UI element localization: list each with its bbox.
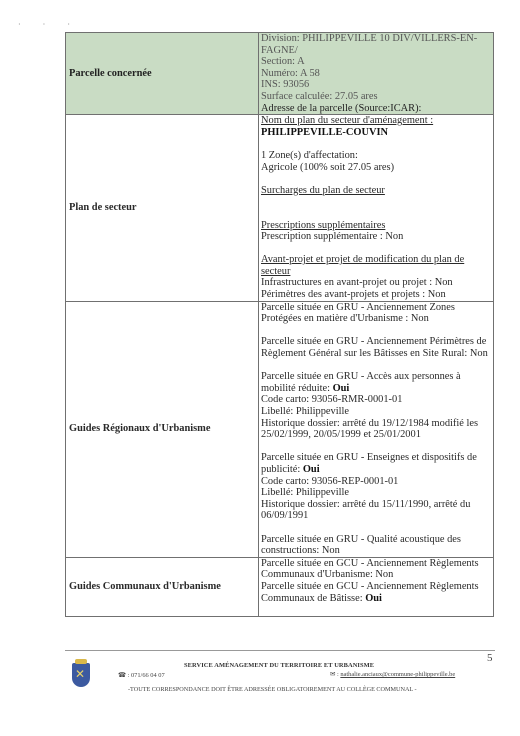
numero: Numéro: A 58 [261, 68, 491, 80]
surcharges-heading: Surcharges du plan de secteur [261, 185, 491, 197]
value-parcelle: Division: PHILIPPEVILLE 10 DIV/VILLERS-E… [259, 33, 494, 115]
email-icon: ✉ [330, 671, 335, 678]
gcu-urbanisme: Parcelle située en GCU - Anciennement Rè… [261, 558, 491, 581]
row-plan-secteur: Plan de secteur Nom du plan du secteur d… [66, 115, 494, 302]
perimetres: Périmètres des avant-projets et projets … [261, 289, 491, 301]
avant-projet-heading: Avant-projet et projet de modification d… [261, 254, 491, 277]
gcu-batisse-value: Oui [365, 593, 382, 604]
gru-zones-protegees: Parcelle située en GRU - Anciennement Zo… [261, 302, 491, 325]
row-parcelle: Parcelle concernée Division: PHILIPPEVIL… [66, 33, 494, 115]
prescriptions-value: Prescription supplémentaire : Non [261, 231, 491, 243]
service-title: SERVICE AMÉNAGEMENT DU TERRITOIRE ET URB… [184, 662, 374, 669]
label-gcu: Guides Communaux d'Urbanisme [66, 557, 259, 616]
gru-enseignes-text: Parcelle située en GRU - Enseignes et di… [261, 452, 477, 475]
surface: Surface calculée: 27.05 ares [261, 91, 491, 103]
ins-code: INS: 93056 [261, 79, 491, 91]
value-plan-secteur: Nom du plan du secteur d'aménagement : P… [259, 115, 494, 302]
gru-acoustique: Parcelle située en GRU - Qualité acousti… [261, 534, 491, 557]
label-plan-secteur: Plan de secteur [66, 115, 259, 302]
gru-pmr-text: Parcelle située en GRU - Accès aux perso… [261, 371, 461, 394]
section: Section: A [261, 56, 491, 68]
correspondence-notice: -TOUTE CORRESPONDANCE DOIT ÊTRE ADRESSÉE… [128, 686, 417, 693]
gru-enseignes: Parcelle située en GRU - Enseignes et di… [261, 452, 491, 475]
footer-divider [65, 650, 495, 651]
row-gcu: Guides Communaux d'Urbanisme Parcelle si… [66, 557, 494, 616]
nom-plan-value: PHILIPPEVILLE-COUVIN [261, 127, 491, 139]
phone-icon: ☎ [118, 672, 126, 679]
zones-count: 1 Zone(s) d'affectation: [261, 150, 491, 162]
infrastructures: Infrastructures en avant-projet ou proje… [261, 277, 491, 289]
label-gru: Guides Régionaux d'Urbanisme [66, 301, 259, 557]
division: Division: PHILIPPEVILLE 10 DIV/VILLERS-E… [261, 33, 491, 45]
label-parcelle: Parcelle concernée [66, 33, 259, 115]
gru-enseignes-code: Code carto: 93056-REP-0001-01 [261, 476, 491, 488]
email-link[interactable]: nathalie.anciaux@commune-philippeville.b… [340, 671, 455, 678]
gru-pmr-value: Oui [333, 383, 350, 394]
value-gru: Parcelle située en GRU - Anciennement Zo… [259, 301, 494, 557]
gru-pmr-code: Code carto: 93056-RMR-0001-01 [261, 394, 491, 406]
gru-pmr-historique: Historique dossier: arrêté du 19/12/1984… [261, 418, 491, 441]
gru-pmr: Parcelle située en GRU - Accès aux perso… [261, 371, 491, 394]
row-gru: Guides Régionaux d'Urbanisme Parcelle si… [66, 301, 494, 557]
gru-enseignes-value: Oui [303, 464, 320, 475]
value-gcu: Parcelle située en GCU - Anciennement Rè… [259, 557, 494, 616]
gru-pmr-libelle: Libellé: Philippeville [261, 406, 491, 418]
prescriptions-heading: Prescriptions supplémentaires [261, 220, 491, 232]
gru-enseignes-libelle: Libellé: Philippeville [261, 487, 491, 499]
phone-line: ☎ : 071/66 04 07 [118, 671, 165, 679]
commune-crest-icon [72, 663, 90, 687]
parcel-info-table: Parcelle concernée Division: PHILIPPEVIL… [65, 32, 494, 617]
phone-number: : 071/66 04 07 [128, 672, 165, 679]
scan-specks: · · · [18, 20, 80, 29]
email-line: ✉ : nathalie.anciaux@commune-philippevil… [330, 670, 455, 678]
nom-plan-heading: Nom du plan du secteur d'aménagement : [261, 115, 491, 127]
page-number: 5 [487, 652, 493, 664]
gcu-batisse: Parcelle située en GCU - Anciennement Rè… [261, 581, 491, 604]
zones-value: Agricole (100% soit 27.05 ares) [261, 162, 491, 174]
adresse: Adresse de la parcelle (Source:ICAR): [261, 103, 491, 115]
gru-enseignes-historique: Historique dossier: arrêté du 15/11/1990… [261, 499, 491, 522]
gru-rgbsr: Parcelle située en GRU - Anciennement Pé… [261, 336, 491, 359]
division-cont: FAGNE/ [261, 45, 491, 57]
